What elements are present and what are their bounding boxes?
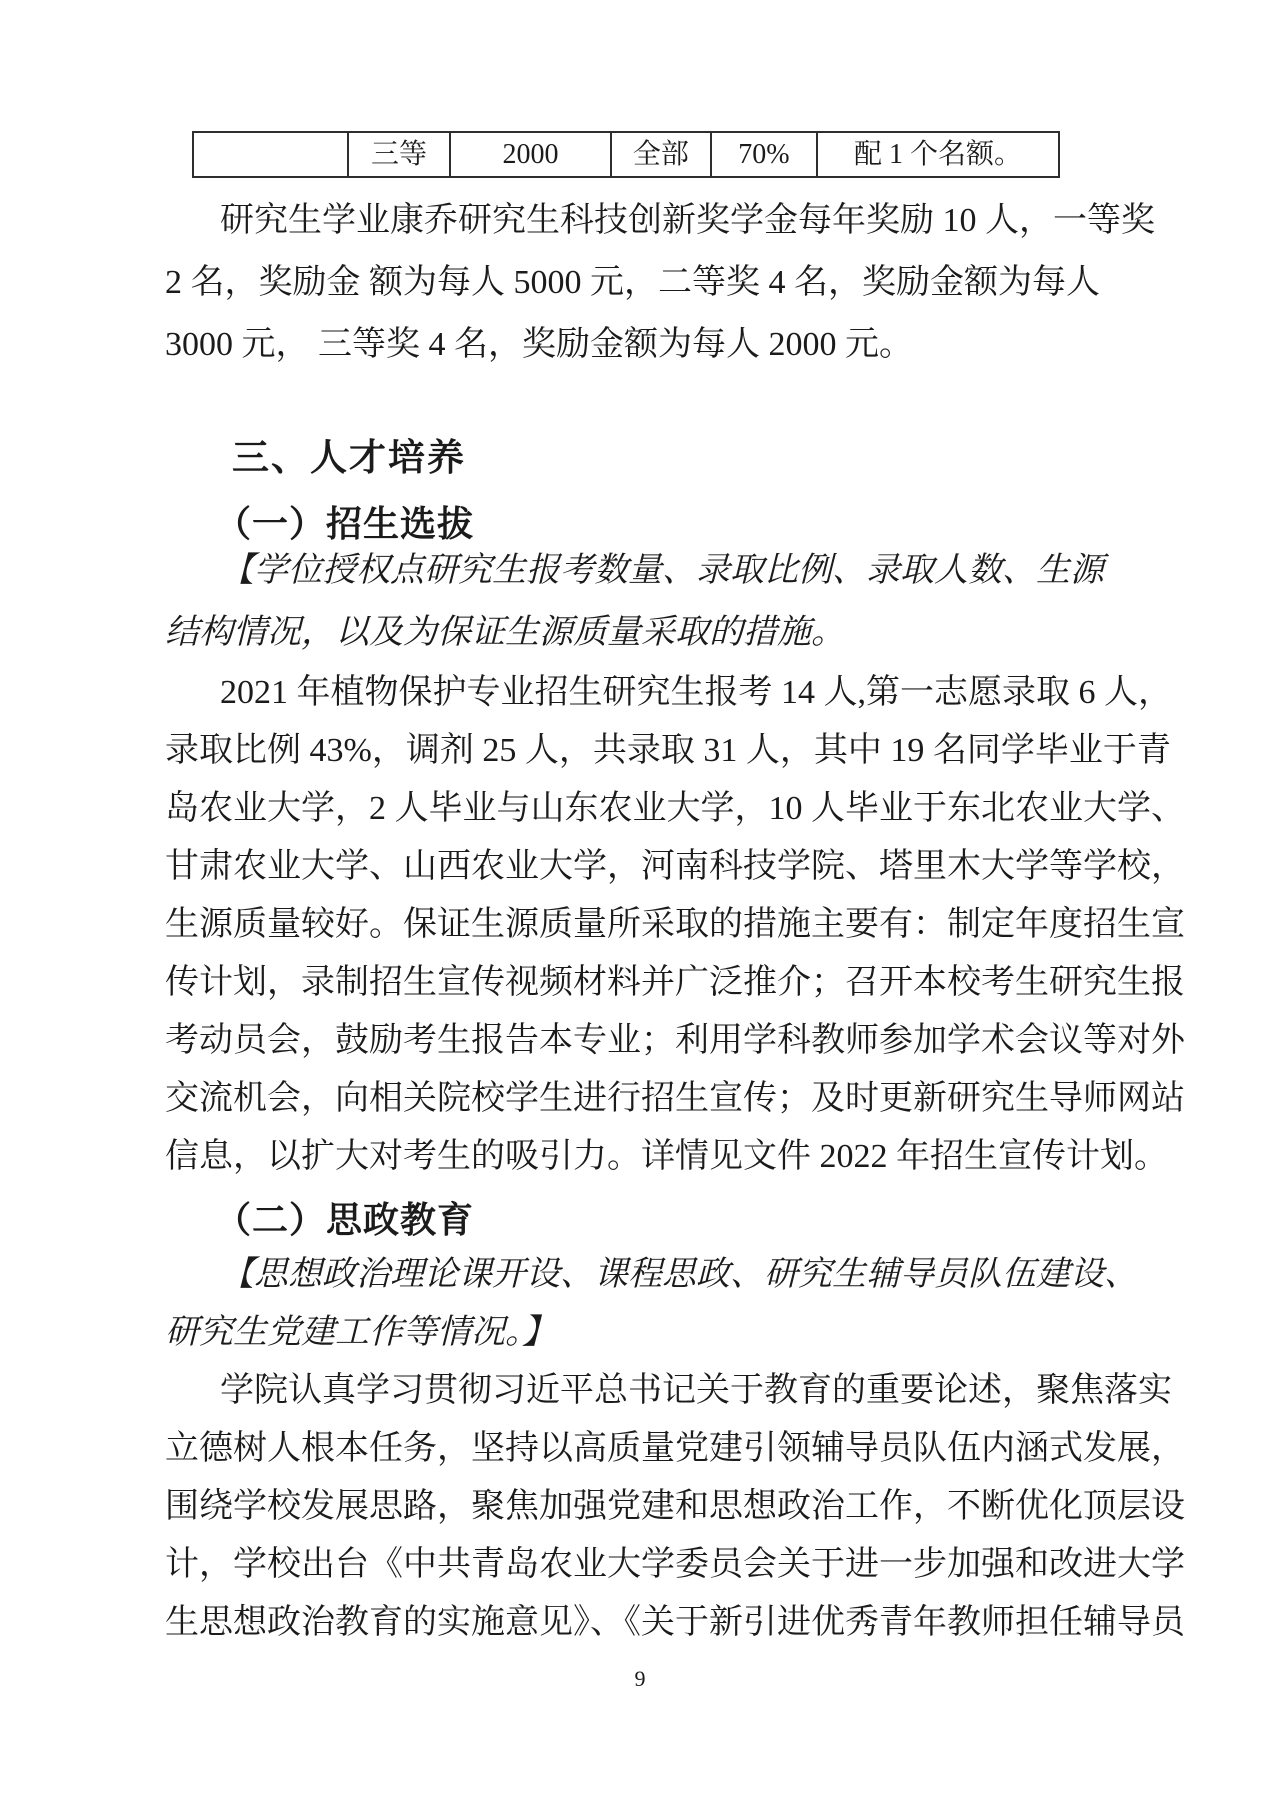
paragraph-line: 围绕学校发展思路，聚焦加强党建和思想政治工作，不断优化顶层设 — [165, 1478, 1115, 1536]
table-cell-amount: 2000 — [451, 133, 612, 176]
paragraph-line: 研究生学业康乔研究生科技创新奖学金每年奖励 10 人，一等奖 — [165, 190, 1115, 252]
paragraph-enrollment: 2021 年植物保护专业招生研究生报考 14 人,第一志愿录取 6 人， 录取比… — [165, 664, 1115, 1186]
bracket-note-enrollment: 【学位授权点研究生报考数量、录取比例、录取人数、生源 结构情况，以及为保证生源质… — [165, 540, 1115, 664]
paragraph-line: 生思想政治教育的实施意见》、《关于新引进优秀青年教师担任辅导员 — [165, 1594, 1115, 1652]
bracket-line: 【思想政治理论课开设、课程思政、研究生辅导员队伍建设、 — [165, 1246, 1115, 1304]
paragraph-line: 2 名，奖励金 额为每人 5000 元，二等奖 4 名，奖励金额为每人 — [165, 252, 1115, 314]
paragraph-line: 3000 元， 三等奖 4 名，奖励金额为每人 2000 元。 — [165, 314, 1115, 376]
table-cell-quota: 配 1 个名额。 — [818, 133, 1058, 176]
table-cell-scope: 全部 — [612, 133, 712, 176]
paragraph-award: 研究生学业康乔研究生科技创新奖学金每年奖励 10 人，一等奖 2 名，奖励金 额… — [165, 190, 1115, 376]
scholarship-table-row: 三等 2000 全部 70% 配 1 个名额。 — [192, 131, 1060, 178]
table-cell-grade: 三等 — [349, 133, 451, 176]
paragraph-line: 考动员会，鼓励考生报告本专业；利用学科教师参加学术会议等对外 — [165, 1012, 1115, 1070]
section-heading-talent-training: 三、人才培养 — [232, 432, 1115, 484]
paragraph-line: 甘肃农业大学、山西农业大学，河南科技学院、塔里木大学等学校， — [165, 838, 1115, 896]
document-page: 三等 2000 全部 70% 配 1 个名额。 研究生学业康乔研究生科技创新奖学… — [165, 0, 1115, 1694]
paragraph-line: 信息，以扩大对考生的吸引力。详情见文件 2022 年招生宣传计划。 — [165, 1128, 1115, 1186]
subsection-heading-ideology: （二）思政教育 — [215, 1194, 1115, 1246]
paragraph-line: 2021 年植物保护专业招生研究生报考 14 人,第一志愿录取 6 人， — [165, 664, 1115, 722]
bracket-line: 结构情况，以及为保证生源质量采取的措施。 — [165, 602, 1115, 664]
paragraph-line: 立德树人根本任务，坚持以高质量党建引领辅导员队伍内涵式发展， — [165, 1420, 1115, 1478]
table-cell-ratio: 70% — [712, 133, 819, 176]
paragraph-line: 学院认真学习贯彻习近平总书记关于教育的重要论述，聚焦落实 — [165, 1362, 1115, 1420]
paragraph-line: 岛农业大学，2 人毕业与山东农业大学，10 人毕业于东北农业大学、 — [165, 780, 1115, 838]
paragraph-line: 交流机会，向相关院校学生进行招生宣传；及时更新研究生导师网站 — [165, 1070, 1115, 1128]
table-cell-empty — [194, 133, 349, 176]
paragraph-line: 传计划，录制招生宣传视频材料并广泛推介；召开本校考生研究生报 — [165, 954, 1115, 1012]
bracket-line: 【学位授权点研究生报考数量、录取比例、录取人数、生源 — [165, 540, 1115, 602]
bracket-note-ideology: 【思想政治理论课开设、课程思政、研究生辅导员队伍建设、 研究生党建工作等情况。】 — [165, 1246, 1115, 1362]
paragraph-line: 生源质量较好。保证生源质量所采取的措施主要有：制定年度招生宣 — [165, 896, 1115, 954]
paragraph-line: 录取比例 43%，调剂 25 人，共录取 31 人，其中 19 名同学毕业于青 — [165, 722, 1115, 780]
paragraph-line: 计，学校出台《中共青岛农业大学委员会关于进一步加强和改进大学 — [165, 1536, 1115, 1594]
page-number: 9 — [165, 1664, 1115, 1694]
paragraph-ideology: 学院认真学习贯彻习近平总书记关于教育的重要论述，聚焦落实 立德树人根本任务，坚持… — [165, 1362, 1115, 1652]
bracket-line: 研究生党建工作等情况。】 — [165, 1304, 1115, 1362]
